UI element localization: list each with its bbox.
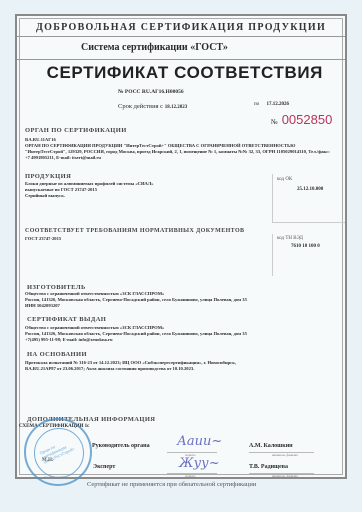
product-heading: ПРОДУКЦИЯ <box>25 173 71 180</box>
form-number-row: № 0052850 <box>271 111 332 129</box>
valid-from: 18.12.2023 <box>165 105 188 110</box>
product-lines: Блоки дверные из алюминиевых профилей си… <box>25 181 255 199</box>
manufacturer-heading: ИЗГОТОВИТЕЛЬ <box>27 284 86 291</box>
basis-lines: Протокола испытаний № 316-23 от 14.12.20… <box>25 360 343 372</box>
conformity-standard: ГОСТ 23747-2015 <box>25 236 61 242</box>
form-number: 0052850 <box>282 112 333 127</box>
tn-ved-box: код ТН ВЭД 7610 10 100 0 <box>272 234 345 276</box>
ok-code: 25.12.10.000 <box>297 187 323 192</box>
certificate-frame: ДОБРОВОЛЬНАЯ СЕРТИФИКАЦИЯ ПРОДУКЦИИ Сист… <box>15 14 347 479</box>
manufacturer-lines: Общество с ограниченной ответственностью… <box>25 291 340 309</box>
divider <box>17 59 345 60</box>
certificate-title: СЕРТИФИКАТ СООТВЕТСТВИЯ <box>17 63 345 83</box>
certification-body-text: ОРГАН ПО СЕРТИФИКАЦИИ ПРОДУКЦИИ "ИнтерТе… <box>25 143 335 161</box>
ok-code-label: код ОК <box>277 177 292 182</box>
head-signature: Ааии~ <box>177 434 222 449</box>
valid-to-label: по <box>254 102 259 107</box>
issued-to-heading: СЕРТИФИКАТ ВЫДАН <box>27 316 106 323</box>
product-line: Серийный выпуск. <box>25 193 255 199</box>
tn-ved-code: 7610 10 100 0 <box>291 244 320 249</box>
valid-to: 17.12.2026 <box>266 102 289 107</box>
basis-heading: НА ОСНОВАНИИ <box>27 351 87 358</box>
head-name: А.М. Калошкин <box>249 443 293 449</box>
sign-caption: подпись <box>185 474 195 478</box>
seal-mp: М.П. <box>42 458 53 463</box>
tn-ved-label: код ТН ВЭД <box>277 236 303 241</box>
certification-body-heading: ОРГАН ПО СЕРТИФИКАЦИИ <box>25 127 127 134</box>
conformity-heading: СООТВЕТСТВУЕТ ТРЕБОВАНИЯМ НОРМАТИВНЫХ ДО… <box>25 228 244 234</box>
valid-to-row: по 17.12.2026 <box>254 102 289 107</box>
issued-to-line: +7(495) 995-11-98; E-mail: info@zenokna.… <box>25 337 340 343</box>
seal-stamp: Орган по сертификации ИнтерТестСтрой+ М.… <box>24 418 92 486</box>
head-label: Руководитель органа <box>92 443 150 449</box>
validity-row: Срок действия с 18.12.2023 <box>118 103 187 110</box>
expert-signature: Жуу~ <box>179 456 220 471</box>
name-caption: инициалы, фамилия <box>272 453 298 457</box>
voluntary-certification-header: ДОБРОВОЛЬНАЯ СЕРТИФИКАЦИЯ ПРОДУКЦИИ <box>17 22 345 33</box>
validity-label: Срок действия с <box>118 103 163 110</box>
expert-name: Т.В. Радищева <box>249 464 288 470</box>
ok-code-box: код ОК 25.12.10.000 <box>272 174 345 223</box>
name-caption: инициалы, фамилия <box>272 474 298 478</box>
certification-system: Система сертификации «ГОСТ» <box>81 42 228 53</box>
form-number-label: № <box>271 118 278 126</box>
expert-label: Эксперт <box>93 464 115 470</box>
manufacturer-line: ИНН 5042093207 <box>25 303 340 309</box>
divider <box>17 36 345 37</box>
issued-to-lines: Общество с ограниченной ответственностью… <box>25 325 340 343</box>
footer-note: Сертификат не применяется при обязательн… <box>87 481 256 488</box>
seal-code: RA.RU.11АГ16 <box>44 475 64 479</box>
certificate-number: № РОСС RU.АГ16.Н00056 <box>118 89 184 95</box>
basis-line: RA.RU.21АР87 от 23.06.2017; Акта анализа… <box>25 366 343 372</box>
